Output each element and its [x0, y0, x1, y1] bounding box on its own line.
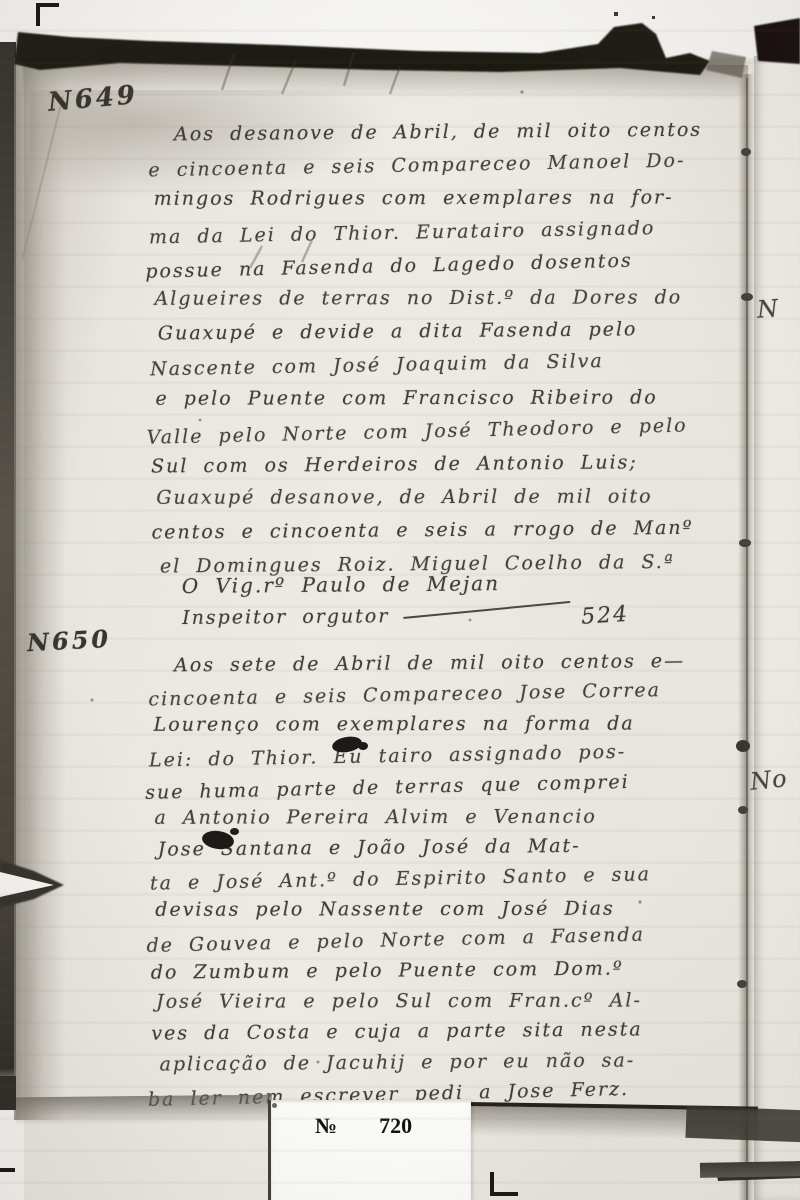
left-edge-blob	[0, 1076, 16, 1110]
ink-blot	[230, 828, 239, 835]
entry-650-text: Aos sete de Abril de mil oito centos e— …	[148, 645, 752, 1111]
entry-649-text: Aos desanove de Abril, de mil oito cento…	[148, 113, 737, 583]
text-line: Algueires de terras no Dist.º da Dores d…	[155, 281, 740, 316]
text-line: Guaxupé desanove, de Abril de mil oito	[156, 480, 741, 515]
crop-mark-bottom-center	[490, 1192, 518, 1196]
signature-number: 524	[581, 602, 630, 630]
text-line: centos e cincoenta e seis a rrogo de Man…	[151, 512, 736, 550]
bottom-right-low-streak	[700, 1161, 800, 1178]
bottom-right-dark-patch	[685, 1106, 800, 1142]
facing-page-fragment: No	[749, 764, 789, 796]
page-edge-left	[14, 58, 66, 1120]
inspector-signature: Inspeitor orgutor	[182, 605, 389, 629]
signature-flourish	[403, 601, 570, 619]
page-number-label: № 720	[268, 1100, 471, 1200]
ink-blot	[358, 742, 368, 750]
crop-mark-bottom-left	[0, 1168, 15, 1172]
numero-symbol: №	[315, 1113, 337, 1139]
text-line: José Vieira e pelo Sul com Fran.cº Al-	[156, 985, 756, 1017]
facing-page-fragment: N	[756, 294, 780, 323]
entry-number-650: N650	[26, 624, 111, 657]
vicar-signature-block: O Vig.rº Paulo de Mejan Inspeitor orguto…	[182, 570, 630, 632]
page-number-value: 720	[379, 1113, 412, 1139]
inspector-line: Inspeitor orgutor 524	[182, 603, 629, 632]
facing-page	[754, 56, 800, 1200]
vicar-signature: O Vig.rº Paulo de Mejan	[182, 570, 629, 598]
label-pin-dot	[272, 1103, 277, 1108]
crop-mark-top-left	[36, 3, 40, 26]
bottom-left-smudge	[16, 1095, 272, 1126]
text-line: a Antonio Pereira Alvim e Venancio	[154, 801, 754, 833]
page-number-row: № 720	[271, 1100, 471, 1139]
